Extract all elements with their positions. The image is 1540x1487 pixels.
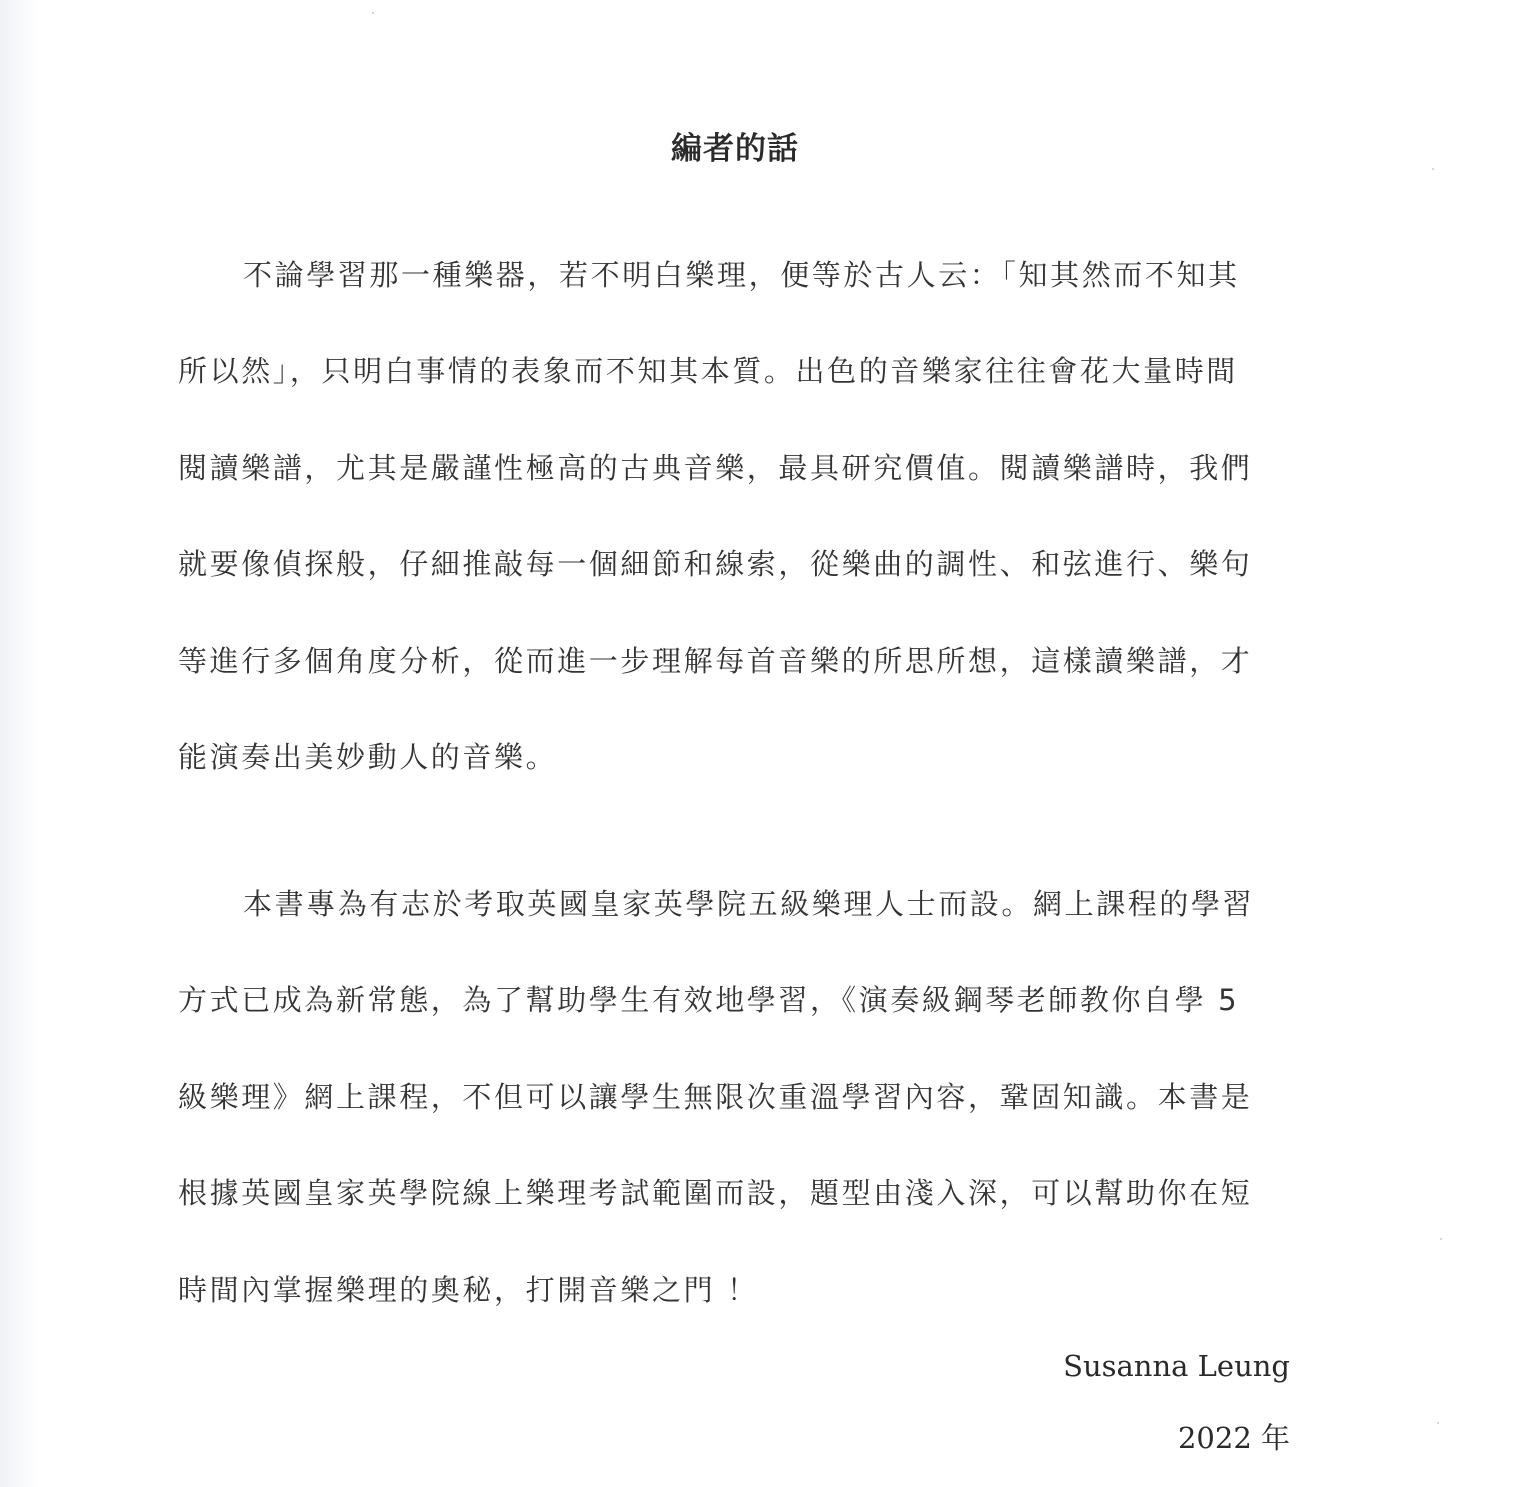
paragraph-1-line-1: 不論學習那一種樂器，若不明白樂理，便等於古人云：「知其然而不知其: [243, 257, 1343, 293]
page-edge-shadow: [0, 0, 40, 1487]
scan-speck: [1440, 1238, 1442, 1240]
paragraph-2-line-5: 時間內掌握樂理的奧秘，打開音樂之門 ！: [178, 1272, 1278, 1308]
author-signature: Susanna Leung: [1063, 1348, 1290, 1384]
paragraph-2-line-3: 級樂理》網上課程，不但可以讓學生無限次重溫學習內容，鞏固知識。本書是: [178, 1079, 1278, 1115]
paragraph-1-line-2: 所以然」，只明白事情的表象而不知其本質。出色的音樂家往往會花大量時間: [178, 353, 1278, 389]
paragraph-1-line-6: 能演奏出美妙動人的音樂。: [178, 739, 1278, 775]
paragraph-2-line-2: 方式已成為新常態，為了幫助學生有效地學習，《演奏級鋼琴老師教你自學 5: [178, 982, 1278, 1018]
signature-year: 2022 年: [1178, 1420, 1290, 1456]
page-title: 編者的話: [0, 127, 1470, 171]
paragraph-1-line-3: 閱讀樂譜，尤其是嚴謹性極高的古典音樂，最具研究價值。閱讀樂譜時，我們: [178, 450, 1278, 486]
paragraph-1-line-4: 就要像偵探般，仔細推敲每一個細節和線索，從樂曲的調性、和弦進行、樂句: [178, 546, 1278, 582]
paragraph-2-line-1: 本書專為有志於考取英國皇家英學院五級樂理人士而設。網上課程的學習: [243, 886, 1343, 922]
paragraph-2-line-4: 根據英國皇家英學院線上樂理考試範圍而設，題型由淺入深，可以幫助你在短: [178, 1175, 1278, 1211]
scan-speck: [1437, 1422, 1439, 1424]
paragraph-1-line-5: 等進行多個角度分析，從而進一步理解每首音樂的所思所想，這樣讀樂譜，才: [178, 643, 1278, 679]
scan-speck: [372, 12, 374, 14]
